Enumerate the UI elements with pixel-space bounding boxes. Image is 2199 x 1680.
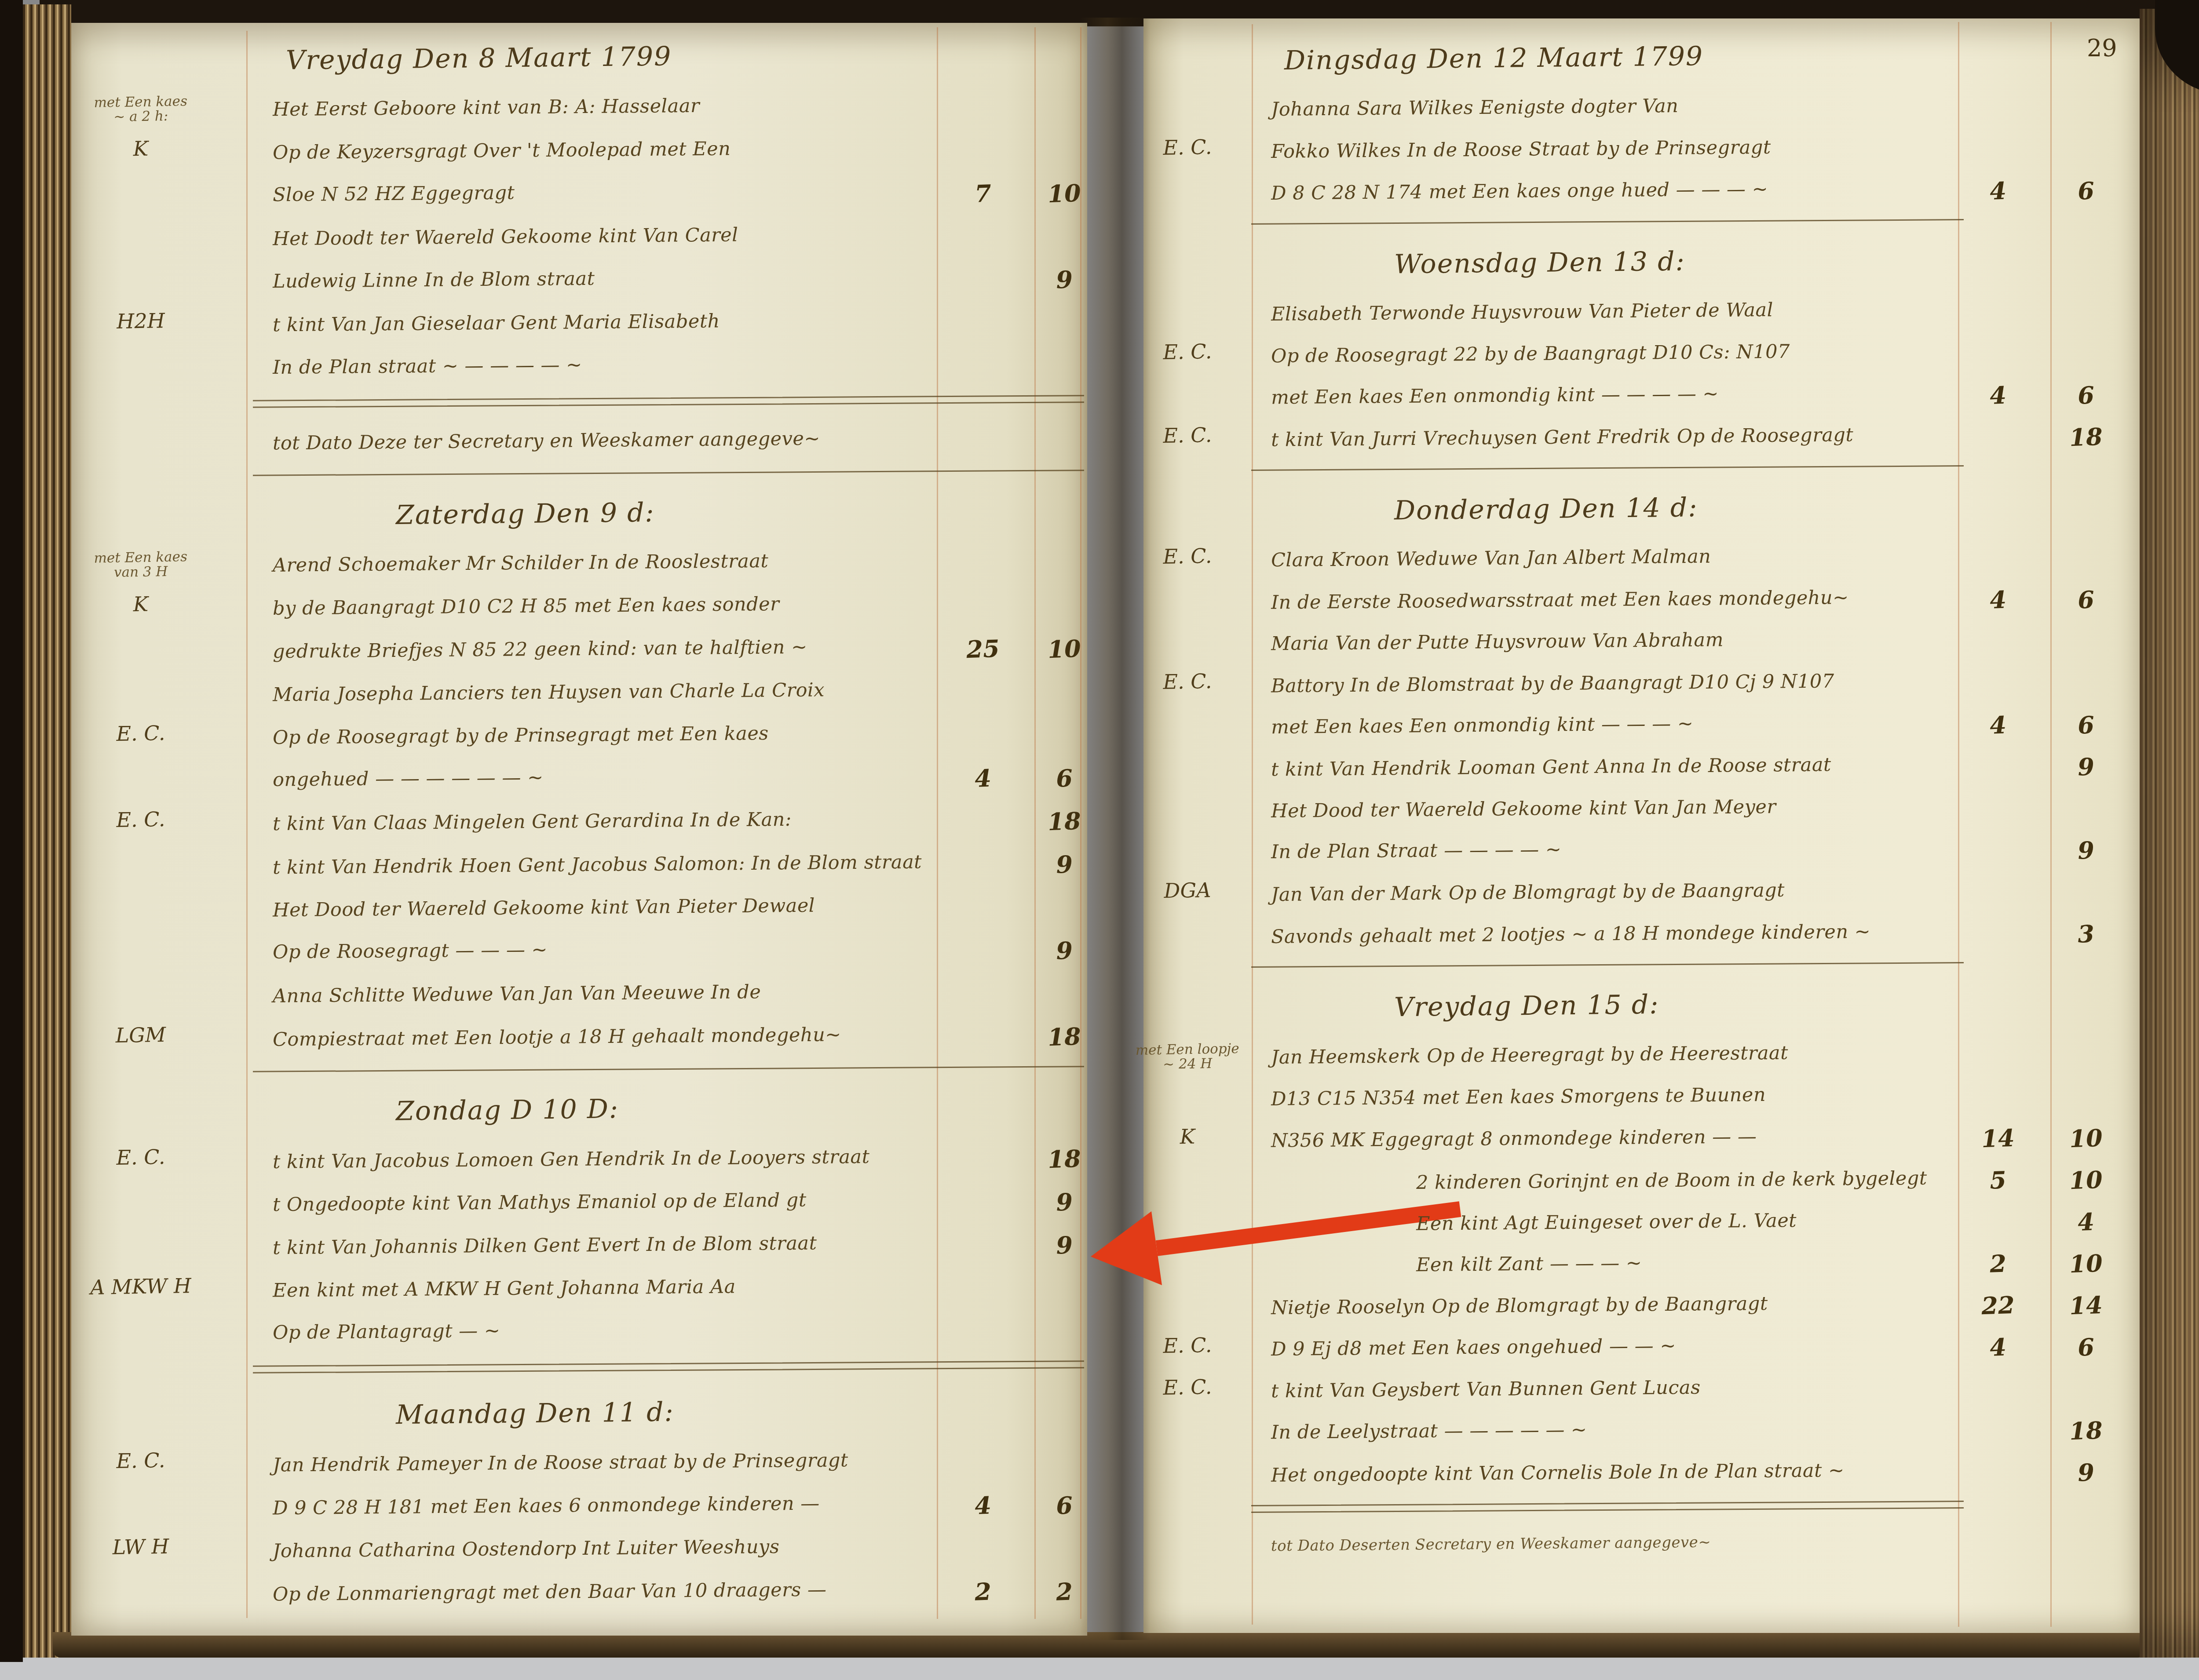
- amount-stuivers: 6: [1031, 763, 1098, 793]
- entry-line: Johanna Sara Wilkes Eenigste dogter Van: [1271, 95, 1679, 120]
- margin-code: K: [44, 136, 238, 161]
- day-heading: Vreydag Den 8 Maart 1799: [286, 41, 672, 76]
- amount-stuivers: 18: [1031, 1144, 1098, 1174]
- amount-stuivers: 6: [2053, 584, 2119, 615]
- entry-line: t Ongedoopte kint Van Mathys Emaniol op …: [273, 1189, 807, 1216]
- margin-code: E. C.: [1128, 136, 1247, 160]
- entry-line: t kint Van Geysbert Van Bunnen Gent Luca…: [1271, 1377, 1701, 1403]
- margin-code: E. C.: [1128, 545, 1247, 569]
- amount-guilders: 2: [1965, 1248, 2031, 1279]
- amount-stuivers: 10: [2053, 1123, 2119, 1153]
- day-heading: Donderdag Den 14 d:: [1394, 492, 1698, 526]
- entry-line: t kint Van Claas Mingelen Gent Gerardina…: [273, 809, 792, 835]
- margin-rule-left-page: [246, 31, 248, 1618]
- amount-stuivers: 18: [1031, 1021, 1098, 1052]
- amount-stuivers: 10: [2053, 1248, 2119, 1279]
- amount-stuivers: 10: [1031, 634, 1098, 664]
- entry-line: N356 MK Eggegragt 8 onmondege kinderen —…: [1271, 1126, 1757, 1152]
- page-stack-fore-edge: [2140, 9, 2199, 1658]
- day-heading: Vreydag Den 15 d:: [1394, 989, 1659, 1023]
- amount-stuivers: 9: [1031, 1230, 1098, 1260]
- margin-code: met Een loopje ~ 24 H: [1128, 1042, 1247, 1073]
- amount-stuivers: 6: [2053, 380, 2119, 410]
- amount-stuivers: 9: [2053, 835, 2119, 865]
- day-heading: Maandag Den 11 d:: [396, 1397, 674, 1431]
- amount-stuivers: 10: [2053, 1165, 2119, 1195]
- day-heading: Woensdag Den 13 d:: [1394, 246, 1685, 280]
- entry-line: Ludewig Linne In de Blom straat: [273, 268, 595, 292]
- entry-line: In de Plan straat ~ — — — — ~: [273, 354, 582, 379]
- entry-line: Maria Van der Putte Huysvrouw Van Abraha…: [1271, 629, 1724, 655]
- margin-code: K: [1128, 1125, 1247, 1149]
- amount-stuivers: 9: [1031, 1187, 1098, 1217]
- amount-stuivers: 9: [2053, 751, 2119, 782]
- entry-line: Nietje Rooselyn Op de Blomgragt by de Ba…: [1271, 1293, 1768, 1319]
- amount-guilders: 25: [950, 634, 1016, 664]
- entry-line: Het Dood ter Waereld Gekoome kint Van Ja…: [1271, 796, 1776, 822]
- amount-guilders: 2: [950, 1576, 1016, 1607]
- amount-rule-1-right-page: [1958, 22, 1959, 1627]
- amount-guilders: 22: [1965, 1290, 2031, 1320]
- amount-stuivers: 6: [2053, 1332, 2119, 1362]
- entry-line: In de Plan Straat — — — — ~: [1271, 838, 1562, 863]
- margin-code: DGA: [1128, 879, 1247, 903]
- margin-code: E. C.: [44, 1145, 238, 1170]
- amount-rule-2-right-page: [2050, 22, 2052, 1627]
- amount-stuivers: 9: [1031, 264, 1098, 295]
- margin-code: E. C.: [44, 807, 238, 832]
- entry-line: Op de Roosegragt 22 by de Baangragt D10 …: [1271, 341, 1790, 367]
- entry-line: Anna Schlitte Weduwe Van Jan Van Meeuwe …: [273, 981, 761, 1007]
- entry-line: by de Baangragt D10 C2 H 85 met Een kaes…: [273, 593, 780, 620]
- entry-line: Johanna Catharina Oostendorp Int Luiter …: [273, 1536, 780, 1562]
- margin-code: met Een kaes van 3 H: [44, 549, 237, 582]
- entry-line: Jan Heemskerk Op de Heeregragt by de Hee…: [1271, 1042, 1788, 1068]
- amount-stuivers: 18: [2053, 1415, 2119, 1446]
- day-heading: Zaterdag Den 9 d:: [396, 497, 655, 531]
- amount-stuivers: 6: [2053, 710, 2119, 740]
- entry-line: Elisabeth Terwonde Huysvrouw Van Pieter …: [1271, 299, 1773, 325]
- entry-line: D 8 C 28 N 174 met Een kaes onge hued — …: [1271, 178, 1768, 204]
- margin-code: LW H: [44, 1534, 238, 1560]
- entry-line: Op de Roosegragt — — — ~: [273, 939, 548, 963]
- margin-code: E. C.: [1128, 1376, 1247, 1399]
- margin-code: K: [44, 592, 238, 617]
- amount-guilders: 14: [1965, 1123, 2031, 1153]
- entry-line: In de Leelystraat — — — — — ~: [1271, 1419, 1587, 1443]
- entry-line: Het Doodt ter Waereld Gekoome kint Van C…: [273, 224, 738, 250]
- entry-line: Op de Keyzersgragt Over 't Moolepad met …: [273, 138, 731, 164]
- entry-line: Sloe N 52 HZ Eggegragt: [273, 182, 515, 206]
- day-heading: Dingsdag Den 12 Maart 1799: [1284, 41, 1704, 76]
- margin-code: E. C.: [1128, 1334, 1247, 1358]
- margin-code: H2H: [44, 309, 238, 334]
- entry-line: Op de Plantagragt — ~: [273, 1320, 500, 1344]
- amount-stuivers: 3: [2053, 918, 2119, 949]
- margin-code: E. C.: [44, 1448, 238, 1473]
- entry-line: Een kint Agt Euingeset over de L. Vaet: [1416, 1210, 1797, 1235]
- entry-line: t kint Van Jan Gieselaar Gent Maria Elis…: [273, 310, 720, 336]
- day-heading: Zondag D 10 D:: [396, 1093, 619, 1126]
- amount-stuivers: 6: [1031, 1490, 1098, 1520]
- margin-rule-right-page: [1252, 24, 1253, 1625]
- amount-stuivers: 10: [1031, 178, 1098, 208]
- book-cover-left: [0, 0, 23, 1662]
- amount-stuivers: 9: [1031, 935, 1098, 966]
- amount-rule-1-left-page: [937, 27, 938, 1619]
- amount-guilders: 4: [1965, 380, 2031, 410]
- amount-stuivers: 6: [2053, 175, 2119, 206]
- margin-code: A MKW H: [44, 1274, 238, 1299]
- amount-guilders: 4: [950, 1490, 1016, 1520]
- margin-code: LGM: [44, 1023, 238, 1048]
- entry-line: Fokko Wilkes In de Roose Straat by de Pr…: [1271, 136, 1771, 163]
- entry-line: Het Eerst Geboore kint van B: A: Hassela…: [273, 95, 700, 120]
- margin-code: E. C.: [1128, 340, 1247, 364]
- amount-stuivers: 2: [1031, 1576, 1098, 1607]
- amount-stuivers: 18: [2053, 422, 2119, 452]
- amount-stuivers: 4: [2053, 1206, 2119, 1237]
- entry-line: 2 kinderen Gorinjnt en de Boom in de ker…: [1416, 1167, 1927, 1194]
- entry-line: met Een kaes Een onmondig kint — — — — ~: [1271, 383, 1719, 409]
- entry-line: gedrukte Briefjes N 85 22 geen kind: van…: [273, 636, 807, 663]
- amount-guilders: 5: [1965, 1165, 2031, 1195]
- amount-guilders: 4: [1965, 175, 2031, 206]
- margin-code: E. C.: [1128, 424, 1247, 448]
- amount-stuivers: 18: [1031, 806, 1098, 836]
- amount-stuivers: 9: [2053, 1457, 2119, 1487]
- page-number: 29: [2087, 34, 2117, 62]
- amount-stuivers: 14: [2053, 1290, 2119, 1320]
- amount-guilders: 4: [1965, 710, 2031, 740]
- amount-guilders: 4: [1965, 584, 2031, 615]
- entry-line: Clara Kroon Weduwe Van Jan Albert Malman: [1271, 546, 1711, 572]
- entry-line: Op de Roosegragt by de Prinsegragt met E…: [273, 722, 769, 749]
- entry-line: ongehued — — — — — — ~: [273, 766, 544, 791]
- margin-code: E. C.: [1128, 670, 1247, 694]
- entry-line: met Een kaes Een onmondig kint — — — ~: [1271, 713, 1694, 738]
- margin-code: met Een kaes ~ a 2 h:: [44, 93, 237, 126]
- entry-line: Arend Schoemaker Mr Schilder In de Roosl…: [273, 550, 769, 576]
- entry-line: D 9 Ej d8 met Een kaes ongehued — — ~: [1271, 1335, 1676, 1360]
- entry-line: D13 C15 N354 met Een kaes Smorgens te Bu…: [1271, 1084, 1766, 1110]
- amount-guilders: 7: [950, 178, 1016, 208]
- register-photo: 29 Vreydag Den 8 Maart 1799Het Eerst Geb…: [0, 0, 2199, 1680]
- amount-stuivers: 9: [1031, 849, 1098, 879]
- amount-guilders: 4: [1965, 1332, 2031, 1362]
- entry-line: Een kint met A MKW H Gent Johanna Maria …: [273, 1275, 736, 1301]
- margin-code: E. C.: [44, 721, 238, 746]
- entry-line: Een kilt Zant — — — ~: [1416, 1252, 1642, 1276]
- entry-line: Jan Van der Mark Op de Blomgragt by de B…: [1271, 879, 1785, 906]
- amount-guilders: 4: [950, 763, 1016, 793]
